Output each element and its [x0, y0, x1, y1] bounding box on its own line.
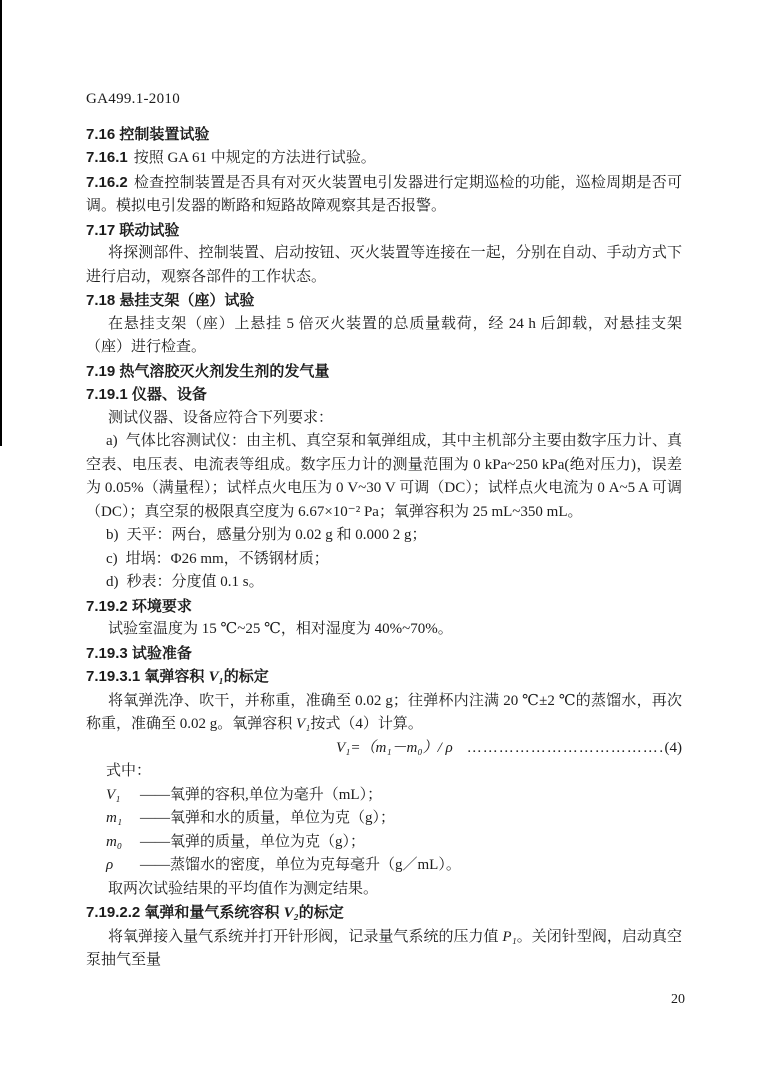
formula-number: (4)	[665, 737, 683, 761]
heading-7-18: 7.18 悬挂支架（座）试验	[86, 289, 682, 313]
clause-7-19-2-text: 试验室温度为 15 ℃~25 ℃，相对湿度为 40%~70%。	[86, 618, 682, 642]
definition-term: m₁	[106, 807, 140, 831]
clause-7-18-text: 在悬挂支架（座）上悬挂 5 倍灭火装置的总质量载荷，经 24 h 后卸载，对悬挂…	[86, 313, 682, 360]
formula-dot-leader: …………………………………………..	[467, 737, 665, 761]
heading-7-17: 7.17 联动试验	[86, 219, 682, 243]
clause-7-16-1: 7.16.1按照 GA 61 中规定的方法进行试验。	[86, 146, 682, 171]
equipment-item-a: a)气体比容测试仪：由主机、真空泵和氧弹组成，其中主机部分主要由数字压力计、真空…	[86, 430, 682, 524]
document-page: GA499.1-2010 7.16 控制装置试验 7.16.1按照 GA 61 …	[0, 0, 765, 1077]
heading-post: 的标定	[224, 668, 269, 685]
heading-7-19-1: 7.19.1 仪器、设备	[86, 383, 682, 407]
scan-artifact-left-edge	[0, 0, 2, 446]
equipment-item-b: b)天平：两台，感量分别为 0.02 g 和 0.000 2 g；	[86, 524, 682, 548]
item-text: 气体比容测试仪：由主机、真空泵和氧弹组成，其中主机部分主要由数字压力计、真空表、…	[86, 433, 682, 520]
heading-7-19-2: 7.19.2 环境要求	[86, 595, 682, 619]
where-label: 式中：	[86, 760, 682, 784]
heading-7-19-2-2: 7.19.2.2 氧弹和量气系统容积 V₂的标定	[86, 901, 682, 926]
clause-7-16-2: 7.16.2检查控制装置是否具有对灭火装置电引发器进行定期巡检的功能，巡检周期是…	[86, 171, 682, 219]
heading-pre: 7.19.2.2 氧弹和量气系统容积	[86, 904, 284, 921]
item-label: b)	[106, 527, 119, 543]
clause-text: 将氧弹接入量气系统并打开针形阀，记录量气系统的压力值	[108, 929, 502, 945]
clause-average-result: 取两次试验结果的平均值作为测定结果。	[86, 878, 682, 902]
clause-text: 按照 GA 61 中规定的方法进行试验。	[134, 150, 376, 166]
variable-v1: V₁	[209, 669, 224, 685]
clause-text: 检查控制装置是否具有对灭火装置电引发器进行定期巡检的功能，巡检周期是否可调。模拟…	[86, 175, 682, 215]
page-content: GA499.1-2010 7.16 控制装置试验 7.16.1按照 GA 61 …	[86, 88, 682, 973]
equipment-item-c: c)坩埚：Φ26 mm，不锈钢材质；	[86, 548, 682, 572]
heading-7-16: 7.16 控制装置试验	[86, 123, 682, 147]
item-text: 天平：两台，感量分别为 0.02 g 和 0.000 2 g；	[127, 527, 427, 543]
clause-7-19-3-1-text: 将氧弹洗净、吹干，并称重，准确至 0.02 g；往弹杯内注满 20 ℃±2 ℃的…	[86, 690, 682, 737]
definition-desc: ——氧弹和水的质量，单位为克（g）；	[140, 810, 395, 826]
clause-text: 按式（4）计算。	[310, 716, 423, 732]
definition-desc: ——蒸馏水的密度，单位为克每毫升（g／mL）。	[140, 857, 461, 873]
heading-post: 的标定	[299, 904, 344, 921]
definition-rho: ρ——蒸馏水的密度，单位为克每毫升（g／mL）。	[86, 854, 682, 878]
definition-term: ρ	[106, 854, 140, 878]
item-text: 坩埚：Φ26 mm，不锈钢材质；	[126, 551, 329, 567]
clause-7-17-text: 将探测部件、控制装置、启动按钮、灭火装置等连接在一起，分别在自动、手动方式下进行…	[86, 242, 682, 289]
clause-7-19-2-2-text: 将氧弹接入量气系统并打开针形阀，记录量气系统的压力值 P₁。关闭针型阀，启动真空…	[86, 926, 682, 973]
definition-desc: ——氧弹的容积,单位为毫升（mL）；	[140, 787, 382, 803]
definition-m0: m₀——氧弹的质量，单位为克（g）；	[86, 831, 682, 855]
definition-term: V₁	[106, 784, 140, 808]
variable-p1: P₁	[502, 929, 516, 945]
definition-m1: m₁——氧弹和水的质量，单位为克（g）；	[86, 807, 682, 831]
heading-pre: 7.19.3.1 氧弹容积	[86, 668, 209, 685]
variable-v1: V₁	[296, 716, 310, 732]
heading-7-19-3-1: 7.19.3.1 氧弹容积 V₁的标定	[86, 665, 682, 690]
clause-number: 7.16.2	[86, 174, 128, 191]
clause-number: 7.16.1	[86, 149, 128, 166]
clause-7-19-1-intro: 测试仪器、设备应符合下列要求：	[86, 407, 682, 431]
definition-term: m₀	[106, 831, 140, 855]
item-label: c)	[106, 551, 118, 567]
item-label: d)	[106, 574, 119, 590]
doc-code: GA499.1-2010	[86, 88, 682, 112]
heading-7-19-3: 7.19.3 试验准备	[86, 642, 682, 666]
formula-expression: V₁=（m₁－m₀）/ ρ	[336, 737, 453, 761]
definition-desc: ——氧弹的质量，单位为克（g）；	[140, 834, 365, 850]
page-number: 20	[671, 988, 685, 1012]
equipment-item-d: d)秒表：分度值 0.1 s。	[86, 571, 682, 595]
variable-v2: V₂	[284, 905, 299, 921]
heading-7-19: 7.19 热气溶胶灭火剂发生剂的发气量	[86, 360, 682, 384]
formula-4: V₁=（m₁－m₀）/ ρ ………………………………………….. (4)	[86, 737, 682, 761]
definition-v1: V₁——氧弹的容积,单位为毫升（mL）；	[86, 784, 682, 808]
item-text: 秒表：分度值 0.1 s。	[127, 574, 264, 590]
item-label: a)	[106, 433, 118, 449]
